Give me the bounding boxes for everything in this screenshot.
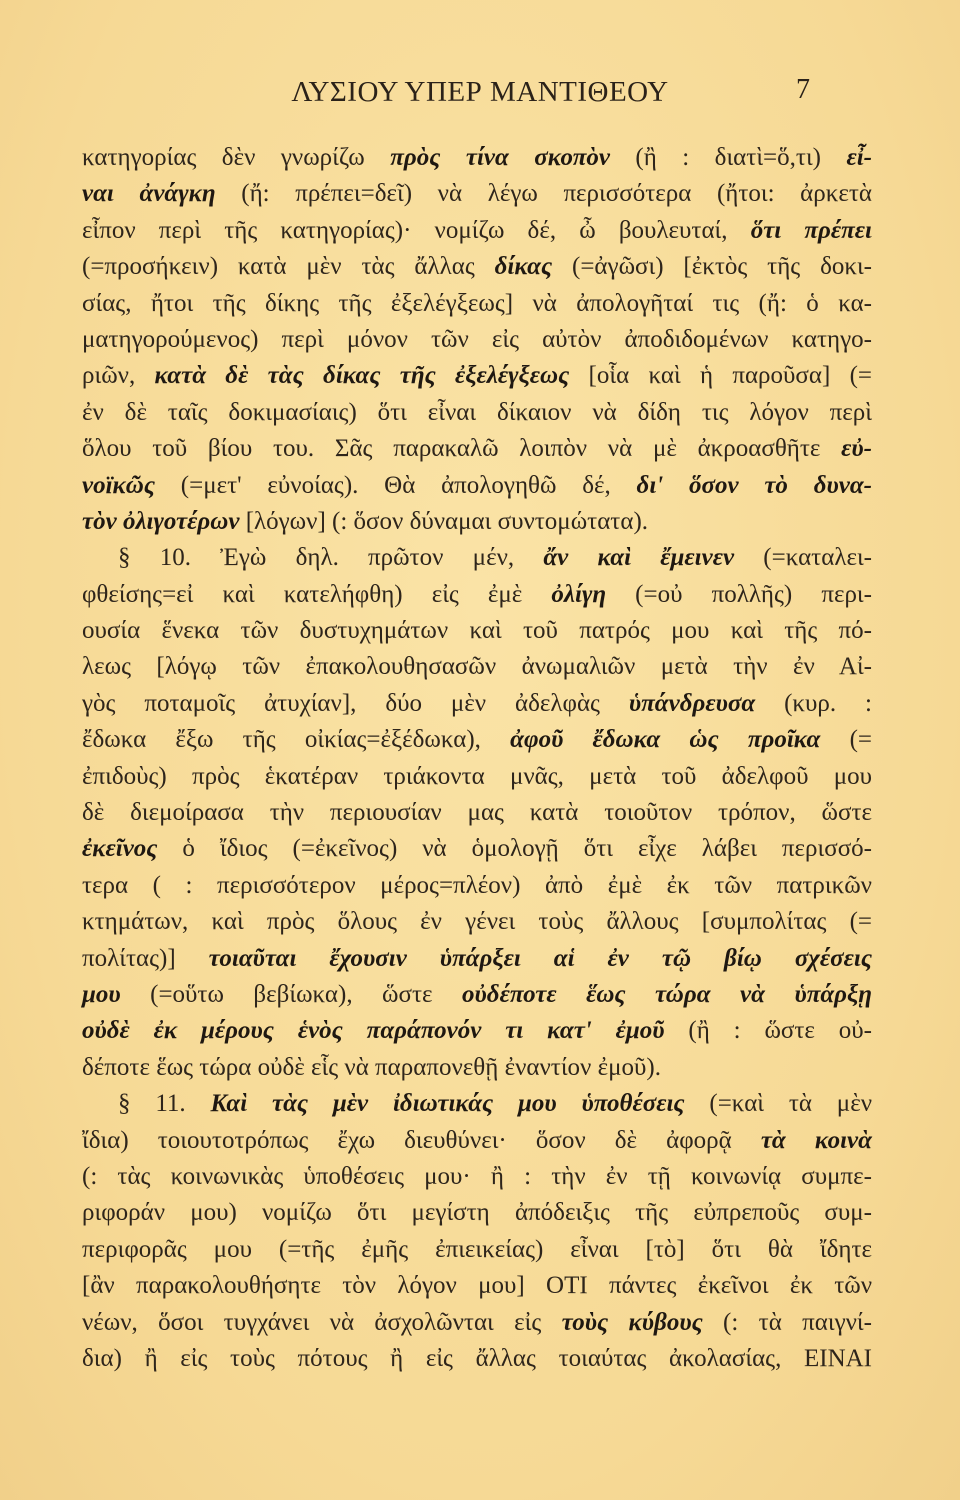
emphasized-phrase: εὐ- (841, 435, 872, 462)
emphasized-phrase: ὅτι πρέπει (751, 217, 872, 244)
text-line: ματηγορούμενος) περὶ μόνον τῶν εἰς αὐτὸν… (82, 322, 872, 358)
text-line: εἶπον περὶ τῆς κατηγορίας)· νομίζω δέ, ὦ… (82, 213, 872, 249)
emphasized-phrase: τὸν ὀλιγοτέρων (82, 508, 239, 535)
text-segment: ριφοράν μου) νομίζω ὅτι μεγίστη ἀπόδειξι… (82, 1199, 872, 1226)
text-segment: πολίτας)] (82, 945, 209, 972)
text-segment: φθείσης=εἰ καὶ κατελήφθη) εἰς ἐμὲ (82, 581, 551, 608)
emphasized-phrase: ἄν καὶ ἔμεινεν (543, 544, 734, 571)
emphasized-phrase: Καὶ τὰς μὲν ἰδιωτικάς μου ὑποθέσεις (210, 1090, 684, 1117)
text-line: πολίτας)] τοιαῦται ἔχουσιν ὑπάρξει αἱ ἐν… (82, 941, 872, 977)
emphasized-phrase: δίκας (495, 253, 553, 280)
text-segment: τερα ( : περισσότερον μέρος=πλέον) ἀπὸ ἐ… (82, 872, 872, 899)
emphasized-phrase: ἐκεῖνος (82, 835, 157, 862)
emphasized-phrase: πρὸς τίνα σκοπὸν (390, 144, 610, 171)
text-segment: § 11. (118, 1090, 210, 1117)
text-segment: (=οὐ πολλῆς) περι- (606, 581, 872, 608)
text-line: ριφοράν μου) νομίζω ὅτι μεγίστη ἀπόδειξι… (82, 1195, 872, 1231)
text-line: νέων, ὅσοι τυγχάνει νὰ ἀσχολῶνται εἰς το… (82, 1305, 872, 1341)
text-line: τὸν ὀλιγοτέρων [λόγων] (: ὅσον δύναμαι σ… (82, 504, 872, 540)
text-line: τερα ( : περισσότερον μέρος=πλέον) ἀπὸ ἐ… (82, 868, 872, 904)
text-line: ἐκεῖνος ὁ ἴδιος (=ἐκεῖνος) νὰ ὁμολογῇ ὅτ… (82, 831, 872, 867)
emphasized-phrase: νοϊκῶς (82, 472, 155, 499)
text-segment: κατὰ μὲν τὰς ἄλλας (238, 253, 495, 280)
emphasized-phrase: κατὰ δὲ τὰς δίκας τῆς ἐξελέγξεως (155, 362, 570, 389)
emphasized-phrase: τοὺς κύβους (562, 1309, 703, 1336)
emphasized-phrase: οὐδέποτε ἕως τώρα νὰ ὑπάρξῃ (462, 981, 872, 1008)
text-line: δὲ διεμοίρασα τὴν περιουσίαν μας κατὰ το… (82, 795, 872, 831)
text-line: ναι ἀνάγκη (ἤ: πρέπει=δεῖ) νὰ λέγω περισ… (82, 176, 872, 212)
page-number: 7 (796, 74, 810, 106)
text-line: (=προσήκειν) κατὰ μὲν τὰς ἄλλας δίκας (=… (82, 249, 872, 285)
emphasized-phrase: οὐδὲ ἐκ μέρους ἑνὸς παράπονόν τι κατ' ἐμ… (82, 1017, 665, 1044)
text-line: φθείσης=εἰ καὶ κατελήφθη) εἰς ἐμὲ ὀλίγη … (82, 577, 872, 613)
text-line: περιφορᾶς μου (=τῆς ἐμῆς ἐπιεικείας) εἶν… (82, 1232, 872, 1268)
emphasized-phrase: εἶ- (846, 144, 872, 171)
text-line: δια) ἢ εἰς τοὺς πότους ἢ εἰς ἄλλας τοιαύ… (82, 1341, 872, 1377)
text-line: ἔδωκα ἔξω τῆς οἰκίας=ἐξέδωκα), ἀφοῦ ἔδωκ… (82, 722, 872, 758)
text-segment: (=οὕτω βεβίωκα), ὥστε (121, 981, 462, 1008)
text-line: λεως [λόγῳ τῶν ἐπακολουθησασῶν ἀνωμαλιῶν… (82, 649, 872, 685)
text-segment: εἶπον περὶ τῆς κατηγορίας)· νομίζω δέ, ὦ… (82, 217, 751, 244)
text-segment: [οἷα καὶ ἡ παροῦσα] (= (569, 362, 872, 389)
text-line: § 11. Καὶ τὰς μὲν ἰδιωτικάς μου ὑποθέσει… (82, 1086, 872, 1122)
text-segment: ουσία ἕνεκα τῶν δυστυχημάτων καὶ τοῦ πατ… (82, 617, 872, 644)
emphasized-phrase: ὀλίγη (551, 581, 606, 608)
text-segment: δια) ἢ εἰς τοὺς πότους ἢ εἰς ἄλλας τοιαύ… (82, 1345, 872, 1372)
text-segment: (=ἀγῶσι) [ἐκτὸς τῆς δοκι- (552, 253, 872, 280)
text-segment: ματηγορούμενος) περὶ μόνον τῶν εἰς αὐτὸν… (82, 326, 872, 353)
text-segment: ὅλου τοῦ βίου του. Σᾶς παρακαλῶ λοιπὸν ν… (82, 435, 841, 462)
text-segment: σίας, ἤτοι τῆς δίκης τῆς ἐξελέγξεως] νὰ … (82, 290, 872, 317)
text-line: δέποτε ἕως τώρα οὐδὲ εἷς νὰ παραπονεθῇ ἐ… (82, 1050, 872, 1086)
text-segment: [ἂν παρακολουθήσητε τὸν λόγον μου] ΟΤΙ π… (82, 1272, 872, 1299)
emphasized-phrase: ναι ἀνάγκη (82, 180, 216, 207)
text-segment: ἐπιδοὺς) πρὸς ἑκατέραν τριάκοντα μνᾶς, μ… (82, 763, 872, 790)
text-segment: (=καταλει- (734, 544, 872, 571)
body-text: κατηγορίας δὲν γνωρίζω πρὸς τίνα σκοπὸν … (82, 140, 872, 1377)
text-segment: [λόγων] (: ὅσον δύναμαι συντομώτατα). (239, 508, 648, 535)
text-segment: (κυρ. : (755, 690, 872, 717)
emphasized-phrase: ὑπάνδρευσα (629, 690, 755, 717)
text-line: ὅλου τοῦ βίου του. Σᾶς παρακαλῶ λοιπὸν ν… (82, 431, 872, 467)
text-segment: ἐν δὲ ταῖς δοκιμασίαις) ὅτι εἶναι δίκαιο… (82, 399, 872, 426)
text-line: νοϊκῶς (=μετ' εὐνοίας). Θὰ ἀπολογηθῶ δέ,… (82, 468, 872, 504)
emphasized-phrase: μου (82, 981, 121, 1008)
text-line: § 10. Ἐγὼ δηλ. πρῶτον μέν, ἄν καὶ ἔμεινε… (82, 540, 872, 576)
text-segment: περιφορᾶς μου (=τῆς ἐμῆς ἐπιεικείας) εἶν… (82, 1236, 872, 1263)
text-segment: λεως [λόγῳ τῶν ἐπακολουθησασῶν ἀνωμαλιῶν… (82, 653, 872, 680)
text-line: κτημάτων, καὶ πρὸς ὅλους ἐν γένει τοὺς ἄ… (82, 904, 872, 940)
text-segment: δέποτε ἕως τώρα οὐδὲ εἷς νὰ παραπονεθῇ ἐ… (82, 1054, 661, 1081)
text-line: οὐδὲ ἐκ μέρους ἑνὸς παράπονόν τι κατ' ἐμ… (82, 1013, 872, 1049)
text-line: (: τὰς κοινωνικὰς ὑποθέσεις μου· ἢ : τὴν… (82, 1159, 872, 1195)
text-segment: γὸς ποταμοῖς ἀτυχίαν], δύο μὲν ἀδελφὰς (82, 690, 629, 717)
text-line: ριῶν, κατὰ δὲ τὰς δίκας τῆς ἐξελέγξεως [… (82, 358, 872, 394)
text-segment: (= (820, 726, 872, 753)
text-line: σίας, ἤτοι τῆς δίκης τῆς ἐξελέγξεως] νὰ … (82, 286, 872, 322)
text-segment: κατηγορίας δὲν γνωρίζω (82, 144, 390, 171)
text-line: μου (=οὕτω βεβίωκα), ὥστε οὐδέποτε ἕως τ… (82, 977, 872, 1013)
text-line: κατηγορίας δὲν γνωρίζω πρὸς τίνα σκοπὸν … (82, 140, 872, 176)
text-line: ἐν δὲ ταῖς δοκιμασίαις) ὅτι εἶναι δίκαιο… (82, 395, 872, 431)
text-line: ἐπιδοὺς) πρὸς ἑκατέραν τριάκοντα μνᾶς, μ… (82, 759, 872, 795)
text-line: ἴδια) τοιουτοτρόπως ἔχω διευθύνει· ὅσον … (82, 1123, 872, 1159)
text-segment: ριῶν, (82, 362, 155, 389)
text-segment: (=μετ' εὐνοίας). Θὰ ἀπολογηθῶ δέ, (155, 472, 637, 499)
book-page: ΛΥΣΙΟΥ ΥΠΕΡ ΜΑΝΤΙΘΕΟΥ 7 κατηγορίας δὲν γ… (0, 0, 960, 1500)
text-segment: (: τὰ παιγνί- (703, 1309, 872, 1336)
running-title: ΛΥΣΙΟΥ ΥΠΕΡ ΜΑΝΤΙΘΕΟΥ (0, 76, 960, 109)
text-segment: ἔδωκα ἔξω τῆς οἰκίας=ἐξέδωκα), (82, 726, 510, 753)
text-segment: (ἢ : ὥστε οὐ- (665, 1017, 872, 1044)
text-segment: δὲ διεμοίρασα τὴν περιουσίαν μας κατὰ το… (82, 799, 872, 826)
text-segment: (ἢ : διατὶ=ὅ,τι) (610, 144, 847, 171)
text-segment: § 10. Ἐγὼ δηλ. πρῶτον μέν, (118, 544, 543, 571)
text-segment: (: τὰς κοινωνικὰς ὑποθέσεις μου· ἢ : τὴν… (82, 1163, 872, 1190)
text-line: [ἂν παρακολουθήσητε τὸν λόγον μου] ΟΤΙ π… (82, 1268, 872, 1304)
emphasized-phrase: τὰ κοινὰ (761, 1127, 872, 1154)
text-line: ουσία ἕνεκα τῶν δυστυχημάτων καὶ τοῦ πατ… (82, 613, 872, 649)
text-segment: (ἤ: πρέπει=δεῖ) νὰ λέγω περισσότερα (ἤτο… (216, 180, 872, 207)
emphasized-phrase: ἀφοῦ ἔδωκα ὡς προῖκα (510, 726, 820, 753)
text-line: γὸς ποταμοῖς ἀτυχίαν], δύο μὲν ἀδελφὰς ὑ… (82, 686, 872, 722)
text-segment: ὁ ἴδιος (=ἐκεῖνος) νὰ ὁμολογῇ ὅτι εἶχε λ… (157, 835, 872, 862)
text-segment: νέων, ὅσοι τυγχάνει νὰ ἀσχολῶνται εἰς (82, 1309, 562, 1336)
text-segment: ἴδια) τοιουτοτρόπως ἔχω διευθύνει· ὅσον … (82, 1127, 761, 1154)
text-segment: (=προσήκειν) (82, 253, 238, 280)
emphasized-phrase: τοιαῦται ἔχουσιν ὑπάρξει αἱ ἐν τῷ βίῳ σχ… (209, 945, 872, 972)
emphasized-phrase: δι' ὅσον τὸ δυνα- (637, 472, 872, 499)
text-segment: (=καὶ τὰ μὲν (685, 1090, 872, 1117)
text-segment: κτημάτων, καὶ πρὸς ὅλους ἐν γένει τοὺς ἄ… (82, 908, 872, 935)
